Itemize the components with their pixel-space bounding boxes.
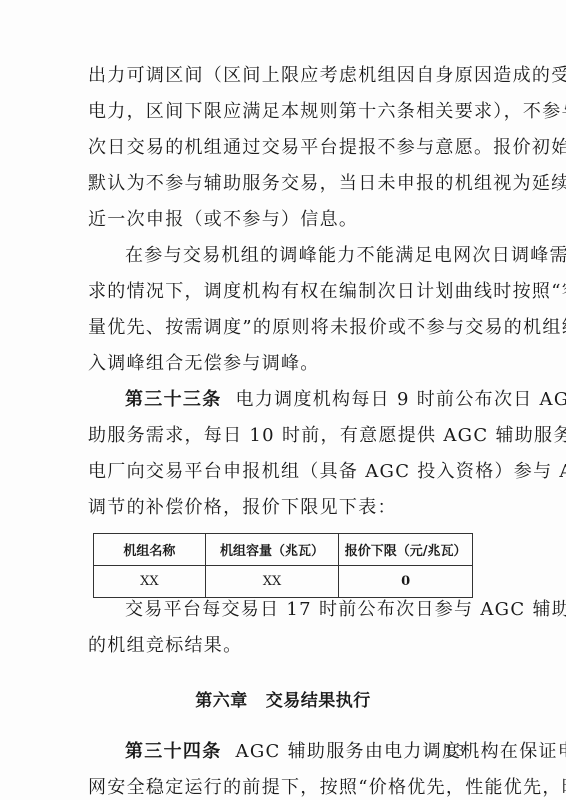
chapter-number: 第六章 [195,691,248,711]
chapter-title: 交易结果执行 [266,691,371,711]
article-33-heading: 第三十三条 [125,389,222,410]
price-floor-table: 机组名称 机组容量（兆瓦） 报价下限（元/兆瓦） XX XX 0 [93,533,473,598]
table-header-row: 机组名称 机组容量（兆瓦） 报价下限（元/兆瓦） [94,534,473,566]
paragraph-line: 入调峰组合无偿参与调峰。 [88,353,480,375]
article-34-line: 第三十四条 AGC 辅助服务由电力调度机构在保证电 [88,741,480,763]
table-row: XX XX 0 [94,566,473,598]
paragraph-line: 电力，区间下限应满足本规则第十六条相关要求），不参与 [88,101,480,123]
paragraph-line: 调节的补偿价格，报价下限见下表： [88,497,480,519]
paragraph-text: 交易平台每交易日 17 时前公布次日参与 AGC 辅助服务 [125,599,566,620]
document-page: 出力可调区间（区间上限应考虑机组因自身原因造成的受阻 电力，区间下限应满足本规则… [0,0,566,800]
page-number: - 13 - [430,742,481,760]
cell-price-floor: 0 [339,566,473,598]
paragraph-line: 电厂向交易平台申报机组（具备 AGC 投入资格）参与 AGC [88,461,480,483]
cell-unit-name: XX [94,566,206,598]
article-33-line: 第三十三条 电力调度机构每日 9 时前公布次日 AGC 辅 [88,389,480,411]
header-unit-name: 机组名称 [94,534,206,566]
paragraph-line: 求的情况下，调度机构有权在编制次日计划曲线时按照“容 [88,281,480,303]
paragraph-text: 电力调度机构每日 9 时前公布次日 AGC 辅 [236,389,566,410]
article-34-heading: 第三十四条 [125,741,222,762]
paragraph-line: 在参与交易机组的调峰能力不能满足电网次日调峰需 [88,245,480,267]
paragraph-line: 助服务需求，每日 10 时前，有意愿提供 AGC 辅助服务的火 [88,425,480,447]
paragraph-line: 近一次申报（或不参与）信息。 [88,209,480,231]
paragraph-line: 出力可调区间（区间上限应考虑机组因自身原因造成的受阻 [88,65,480,87]
paragraph-text: AGC 辅助服务由电力调度机构在保证电 [236,741,566,762]
paragraph-line: 交易平台每交易日 17 时前公布次日参与 AGC 辅助服务 [88,599,480,621]
paragraph-line: 次日交易的机组通过交易平台提报不参与意愿。报价初始值 [88,137,480,159]
chapter-heading: 第六章交易结果执行 [0,686,566,711]
paragraph-line: 的机组竞标结果。 [88,635,480,657]
cell-unit-capacity: XX [205,566,339,598]
paragraph-line: 默认为不参与辅助服务交易，当日未申报的机组视为延续最 [88,173,480,195]
header-unit-capacity: 机组容量（兆瓦） [205,534,339,566]
header-price-floor: 报价下限（元/兆瓦） [339,534,473,566]
paragraph-text: 在参与交易机组的调峰能力不能满足电网次日调峰需 [125,245,566,266]
paragraph-line: 网安全稳定运行的前提下，按照“价格优先，性能优先，时 [88,777,480,799]
paragraph-line: 量优先、按需调度”的原则将未报价或不参与交易的机组纳 [88,317,480,339]
